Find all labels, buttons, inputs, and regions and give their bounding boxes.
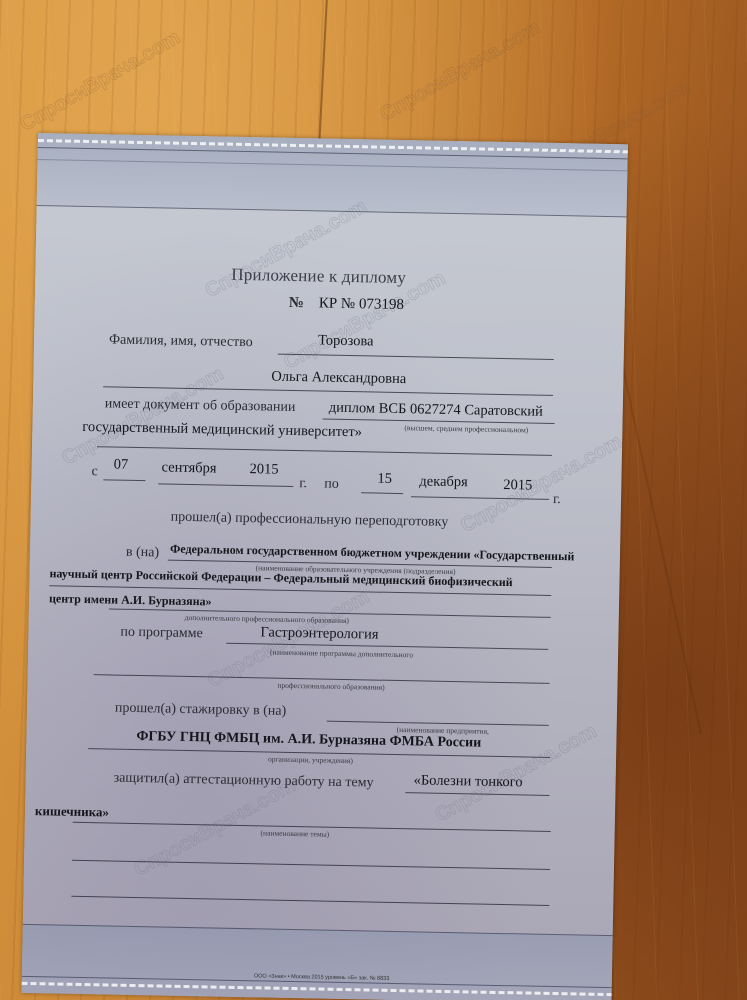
thesis-hint: (наименование темы) [261, 828, 330, 838]
blank-line [72, 860, 550, 870]
watermark: СпросиВрача.com [16, 26, 184, 136]
name-underline [103, 386, 553, 396]
internship-hint2: организации, учреждения) [268, 755, 353, 766]
program-hint1: (наименование программы дополнительного [270, 648, 413, 660]
program-label: по программе [120, 625, 203, 643]
year-suffix: г. [553, 492, 561, 508]
date-to-month: декабря [419, 473, 468, 491]
edu-doc-underline2 [97, 446, 552, 456]
fio-label: Фамилия, имя, отчество [109, 332, 253, 351]
edu-doc-label: имеет документ об образовании [105, 396, 296, 416]
surname-value: Торозова [318, 332, 374, 350]
date-to-year: 2015 [503, 477, 532, 495]
day-underline [361, 492, 403, 494]
edu-doc-value-line1: диплом ВСБ 0627274 Саратовский [329, 400, 543, 421]
date-from-year: 2015 [249, 461, 278, 479]
fio-underline [278, 354, 554, 360]
name-patronymic-value: Ольга Александровна [271, 369, 406, 389]
series-number: КР № 073198 [319, 295, 404, 314]
day-underline [103, 479, 145, 481]
date-from-day: 07 [113, 457, 128, 474]
date-from-prefix: с [91, 464, 98, 480]
thesis-underline [405, 792, 549, 796]
diploma-appendix-sheet: СпросиВрача.com СпросиВрача.com СпросиВр… [21, 133, 627, 1000]
thesis-value-line2: кишечника» [35, 803, 109, 820]
watermark: СпросиВрача.com [376, 16, 544, 126]
institution-hint2: дополнительного профессионального образо… [185, 613, 349, 625]
watermark: СпросиВрача.com [58, 363, 227, 471]
edu-doc-value-line2: государственный медицинский университет» [82, 419, 362, 441]
year-suffix: г. [299, 476, 307, 492]
thesis-label: защитил(а) аттестационную работу на тему [113, 771, 373, 792]
program-value: Гастроэнтерология [260, 624, 378, 643]
edu-doc-hint: (высшем, среднем профессиональном) [404, 423, 528, 434]
month-year-underline [158, 483, 293, 487]
date-to-day: 15 [377, 471, 392, 488]
wood-crack [318, 0, 328, 145]
program-hint2: профессионального образования) [277, 681, 384, 692]
internship-label: прошел(а) стажировку в (на) [115, 701, 287, 720]
watermark: СпросиВрача.com [457, 430, 626, 538]
month-year-underline [411, 496, 549, 500]
thesis-value-line1: «Болезни тонкого [413, 772, 522, 791]
retraining-label: прошел(а) профессиональную переподготовк… [170, 510, 448, 531]
date-from-month: сентября [161, 459, 216, 477]
blank-line [71, 896, 549, 906]
date-to-prefix: по [324, 477, 339, 493]
document-title: Приложение к диплому [231, 265, 406, 288]
institution-line3: центр имени А.И. Бурназяна» [49, 591, 212, 609]
number-sign: № [289, 295, 304, 312]
institution-prefix: в (на) [126, 545, 159, 562]
